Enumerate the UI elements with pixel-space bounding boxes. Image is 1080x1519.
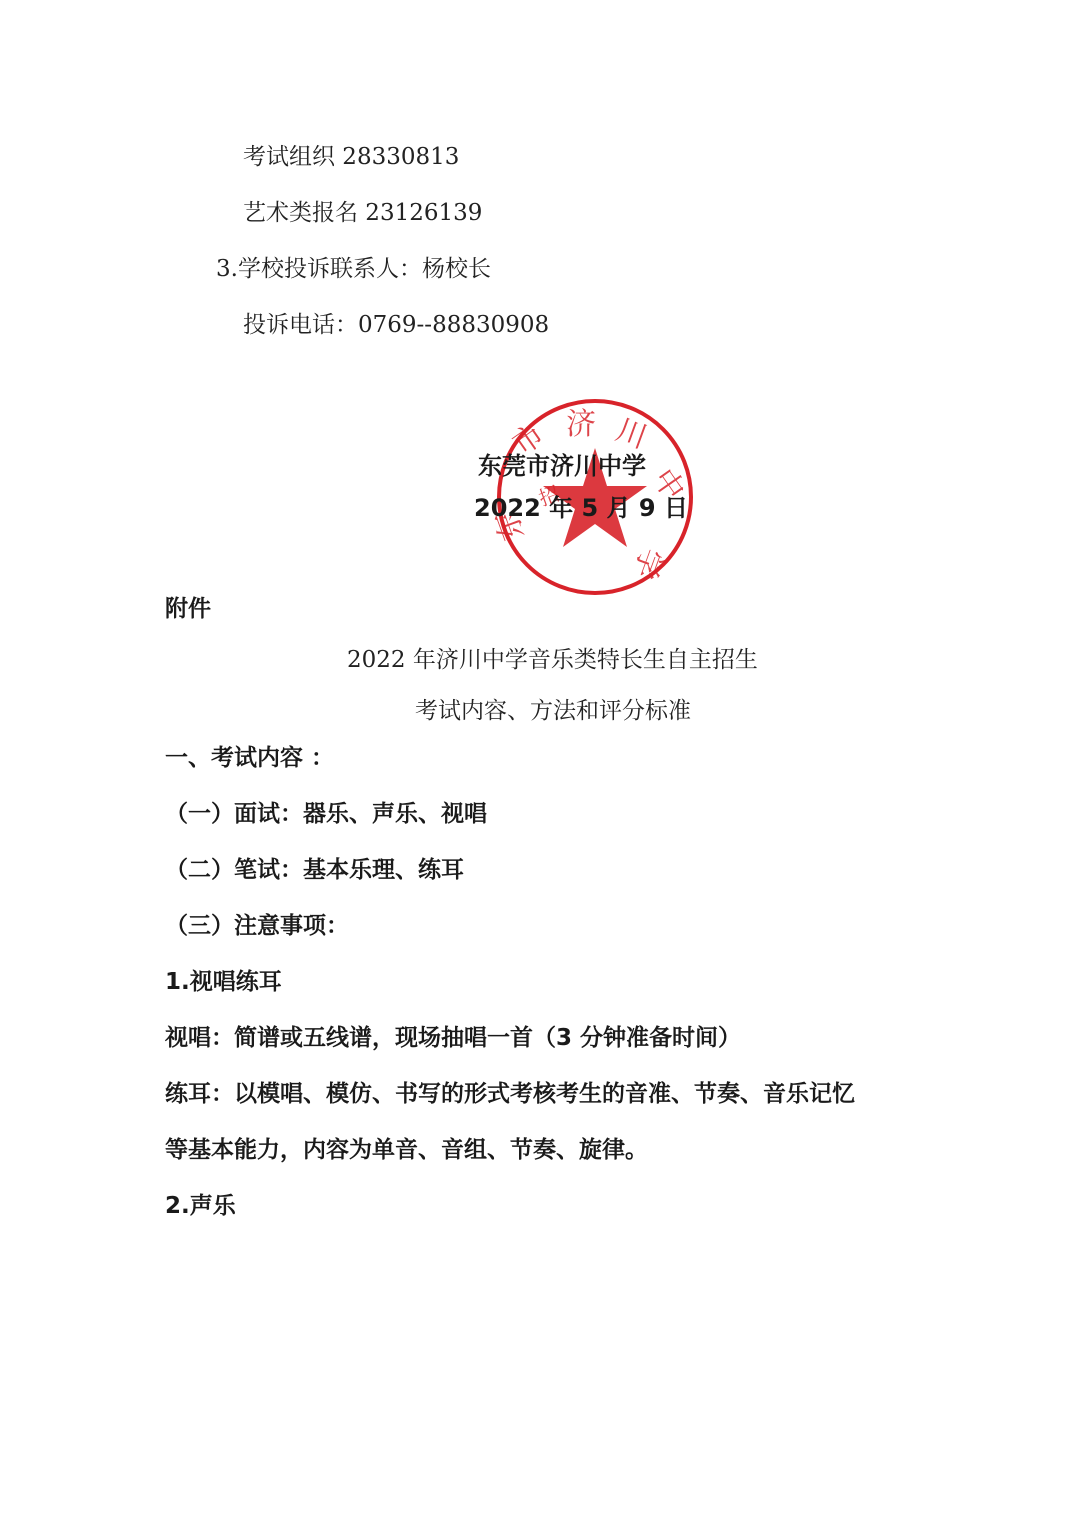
signature-date: 2022 年 5 月 9 日 — [474, 493, 688, 523]
attachment-title-line1: 2022 年济川中学音乐类特长生自主招生 — [347, 645, 758, 675]
attachment-title-line2: 考试内容、方法和评分标准 — [415, 696, 691, 726]
complaint-contact: 3.学校投诉联系人：杨校长 — [216, 254, 491, 284]
subheading-vocal: 2.声乐 — [165, 1191, 236, 1221]
item-notes: （三）注意事项： — [165, 911, 349, 941]
subheading-sight-singing-ear-training: 1.视唱练耳 — [165, 967, 282, 997]
attachment-label: 附件 — [165, 594, 211, 624]
section-heading-exam-content: 一、考试内容 ： — [165, 743, 334, 773]
svg-text:学: 学 — [626, 543, 669, 583]
exam-org-phone: 考试组织 28330813 — [243, 142, 459, 172]
school-name-signature: 东莞市济川中学 — [478, 451, 646, 481]
item-interview: （一）面试：器乐、声乐、视唱 — [165, 799, 487, 829]
item-written-test: （二）笔试：基本乐理、练耳 — [165, 855, 464, 885]
complaint-phone: 投诉电话：0769--88830908 — [243, 310, 549, 340]
art-registration-phone: 艺术类报名 23126139 — [243, 198, 482, 228]
svg-text:济: 济 — [566, 407, 596, 442]
ear-training-description-line1: 练耳：以模唱、模仿、书写的形式考核考生的音准、节奏、音乐记忆 — [165, 1079, 855, 1109]
sight-singing-description: 视唱：简谱或五线谱，现场抽唱一首（3 分钟准备时间） — [165, 1023, 741, 1053]
ear-training-description-line2: 等基本能力，内容为单音、音组、节奏、旋律。 — [165, 1135, 648, 1165]
svg-text:川: 川 — [611, 413, 651, 456]
